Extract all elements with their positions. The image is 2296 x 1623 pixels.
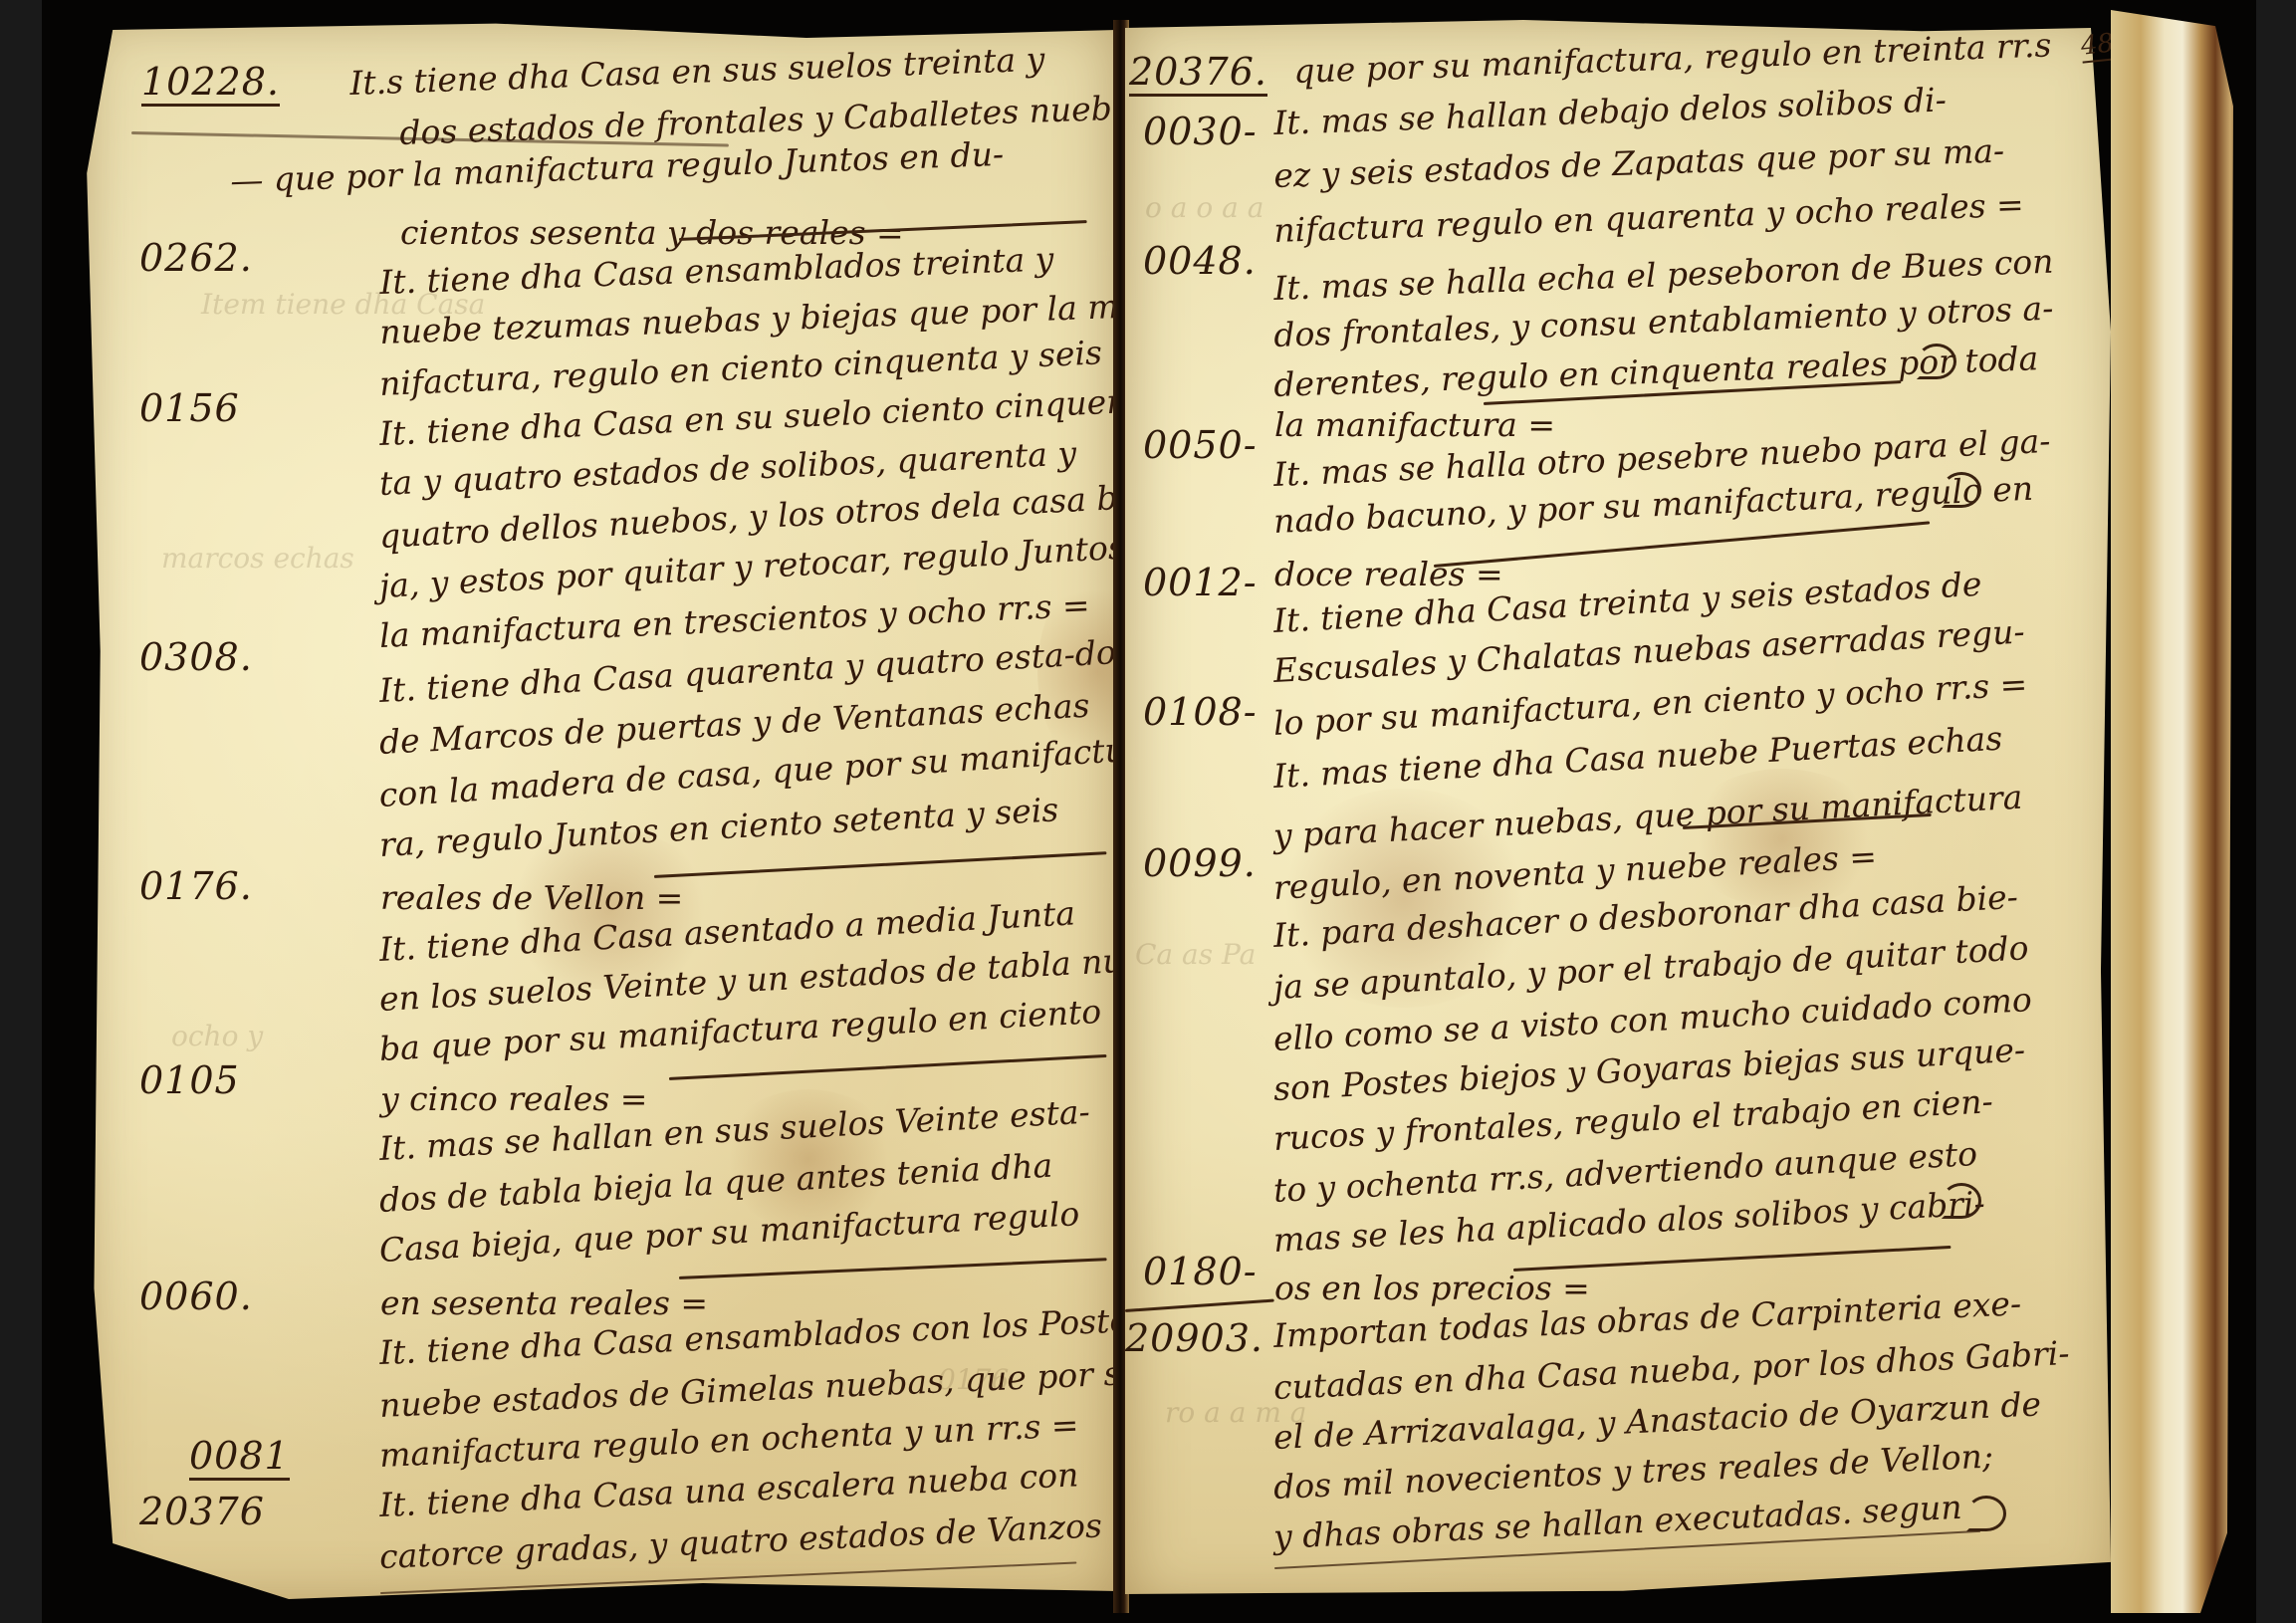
scan-frame-right: [2256, 0, 2296, 1623]
flourish-mark: [1942, 472, 1981, 508]
entry-line: la manifactura =: [1274, 405, 1555, 444]
margin-amount: 0060.: [139, 1275, 253, 1318]
entry-line: reales de Vellon =: [380, 878, 683, 917]
folio-number: 48: [2079, 28, 2115, 63]
margin-amount: 0050-: [1143, 423, 1258, 467]
entry-line: It. mas se hallan debajo delos solibos d…: [1273, 80, 1948, 142]
bleed-through-text: marcos echas: [161, 542, 354, 575]
sum-line: [1125, 1299, 1274, 1312]
margin-amount: 0030-: [1143, 110, 1258, 153]
entry-line: It.s tiene dha Casa en sus suelos treint…: [349, 40, 1045, 103]
margin-amount: 0176.: [139, 864, 253, 908]
right-page: o a o a a Ca as Pa ro a a m a 20376. 003…: [1125, 12, 2121, 1610]
margin-amount: 0048.: [1143, 239, 1257, 283]
bleed-through-text: o a o a a: [1145, 191, 1263, 224]
margin-amount: 0012-: [1143, 561, 1258, 604]
margin-amount: 0099.: [1143, 841, 1257, 885]
entry-separator-line: [654, 851, 1107, 878]
entry-separator-line: [679, 1258, 1107, 1279]
entry-line: en sesenta reales =: [380, 1283, 708, 1322]
entry-line: os en los precios =: [1274, 1269, 1590, 1307]
flourish-mark: [1942, 1183, 1981, 1219]
bleed-through-text: ocho y: [171, 1020, 263, 1052]
flourish-mark: [1917, 344, 1956, 379]
left-page: Item tiene dha Casa marcos echas ocho y …: [82, 14, 1117, 1607]
margin-amount: 0308.: [139, 635, 253, 679]
page-carry-total: 20376.: [1129, 50, 1267, 97]
page-total: 20903.: [1125, 1316, 1263, 1360]
page-total: 20376: [139, 1490, 265, 1533]
scan-frame-left: [0, 0, 42, 1623]
margin-amount: 0262.: [139, 236, 253, 280]
flourish-mark: [1966, 1496, 2006, 1531]
page-carry-total: 10228.: [141, 60, 280, 107]
margin-amount: 0108-: [1143, 690, 1258, 734]
entry-separator-line: [1513, 1246, 1952, 1272]
entry-line: nifactura regulo en quarenta y ocho real…: [1273, 185, 2025, 250]
margin-amount: 0156: [139, 386, 240, 430]
entry-line: ez y seis estados de Zapatas que por su …: [1273, 130, 2005, 195]
margin-amount: 0180-: [1143, 1250, 1258, 1293]
bleed-through-text: Ca as Pa: [1135, 938, 1256, 971]
entry-line: y cinco reales =: [380, 1079, 647, 1118]
entry-separator-line: [669, 1054, 1107, 1080]
margin-amount: 0081: [189, 1434, 290, 1481]
margin-amount: 0105: [139, 1058, 240, 1102]
